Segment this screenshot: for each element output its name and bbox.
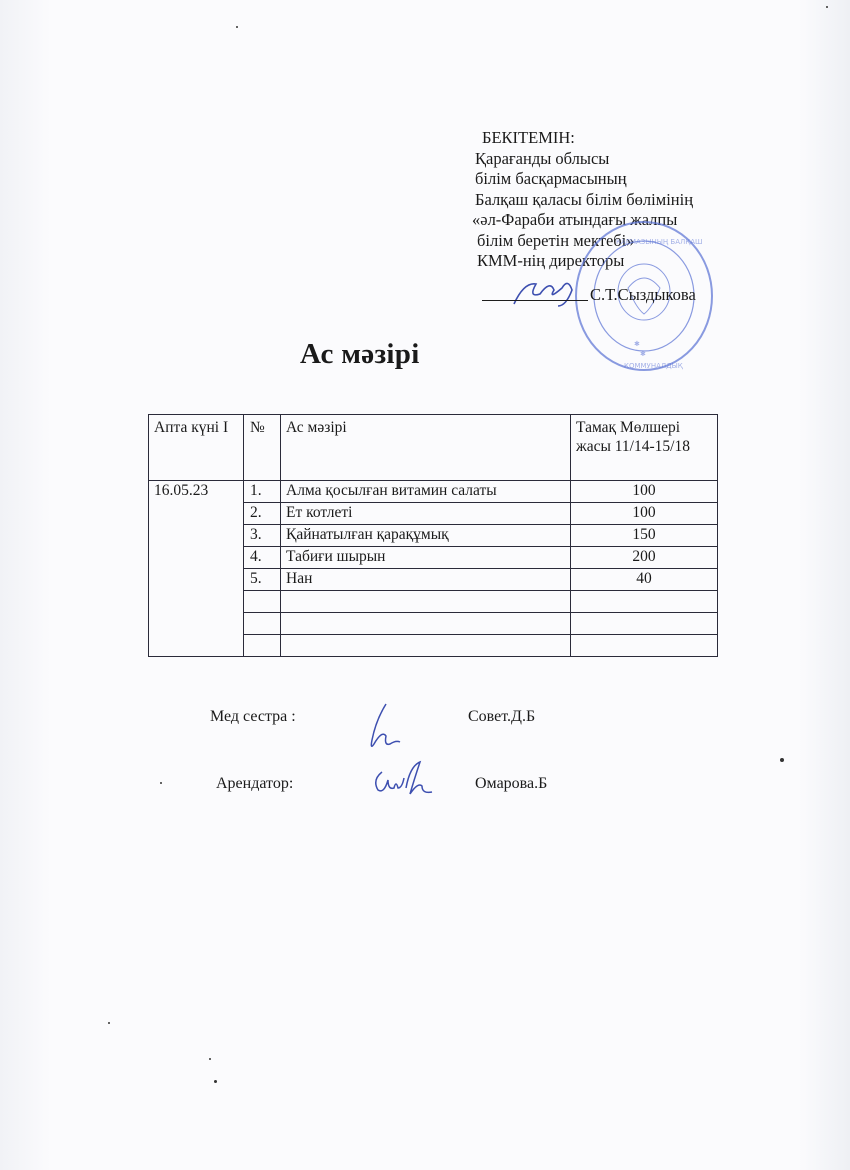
row-number: 5. — [244, 569, 281, 591]
svg-text:КАРМАЗЫНЫҢ БАЛҚАШ: КАРМАЗЫНЫҢ БАЛҚАШ — [616, 238, 703, 246]
approval-line: Балқаш қаласы білім бөлімінің — [472, 190, 693, 211]
header-day: Апта күні І — [149, 415, 244, 481]
row-dish: Алма қосылған витамин салаты — [281, 481, 571, 503]
row-number: 1. — [244, 481, 281, 503]
row-dish: Нан — [281, 569, 571, 591]
scan-speck — [108, 1022, 110, 1024]
row-number: 4. — [244, 547, 281, 569]
scan-speck — [160, 782, 162, 784]
row-dish: Табиғи шырын — [281, 547, 571, 569]
page-title: Ас мәзірі — [300, 338, 420, 371]
tenant-signature-icon — [370, 760, 436, 802]
svg-text:✱: ✱ — [640, 350, 646, 358]
scan-speck — [214, 1080, 217, 1083]
approval-line: білім басқармасының — [472, 169, 693, 190]
row-number: 2. — [244, 503, 281, 525]
row-amount — [571, 591, 718, 613]
row-amount — [571, 635, 718, 657]
date-cell: 16.05.23 — [149, 481, 244, 657]
director-name: С.Т.Сыздыкова — [590, 285, 696, 305]
nurse-label: Мед сестра : — [210, 708, 296, 726]
row-amount: 200 — [571, 547, 718, 569]
row-amount: 150 — [571, 525, 718, 547]
header-dish: Ас мәзірі — [281, 415, 571, 481]
scan-speck — [826, 6, 828, 8]
director-signature-icon — [510, 276, 590, 308]
svg-text:✱: ✱ — [634, 340, 640, 348]
row-amount: 100 — [571, 481, 718, 503]
menu-table: Апта күні І № Ас мәзірі Тамақ Мөлшері жа… — [148, 414, 718, 657]
row-amount: 100 — [571, 503, 718, 525]
row-dish — [281, 635, 571, 657]
row-dish — [281, 613, 571, 635]
row-amount: 40 — [571, 569, 718, 591]
table-header-row: Апта күні І № Ас мәзірі Тамақ Мөлшері жа… — [149, 415, 718, 481]
header-number: № — [244, 415, 281, 481]
approval-heading: БЕКІТЕМІН: — [472, 128, 693, 149]
scan-speck — [780, 758, 784, 762]
row-number — [244, 591, 281, 613]
scan-speck — [209, 1058, 211, 1060]
row-dish — [281, 591, 571, 613]
svg-text:КОММУНАЛДЫҚ: КОММУНАЛДЫҚ — [624, 362, 683, 370]
table-row: 16.05.23 1. Алма қосылған витамин салаты… — [149, 481, 718, 503]
nurse-name: Совет.Д.Б — [468, 708, 535, 726]
row-number — [244, 635, 281, 657]
row-number: 3. — [244, 525, 281, 547]
tenant-label: Арендатор: — [216, 775, 293, 793]
row-number — [244, 613, 281, 635]
signature-line — [482, 300, 588, 301]
scan-speck — [236, 26, 238, 28]
row-amount — [571, 613, 718, 635]
row-dish: Қайнатылған қарақұмық — [281, 525, 571, 547]
tenant-name: Омарова.Б — [475, 775, 547, 793]
row-dish: Ет котлеті — [281, 503, 571, 525]
nurse-signature-icon — [360, 700, 404, 754]
approval-line: Қарағанды облысы — [472, 149, 693, 170]
header-amount: Тамақ Мөлшері жасы 11/14-15/18 — [571, 415, 718, 481]
